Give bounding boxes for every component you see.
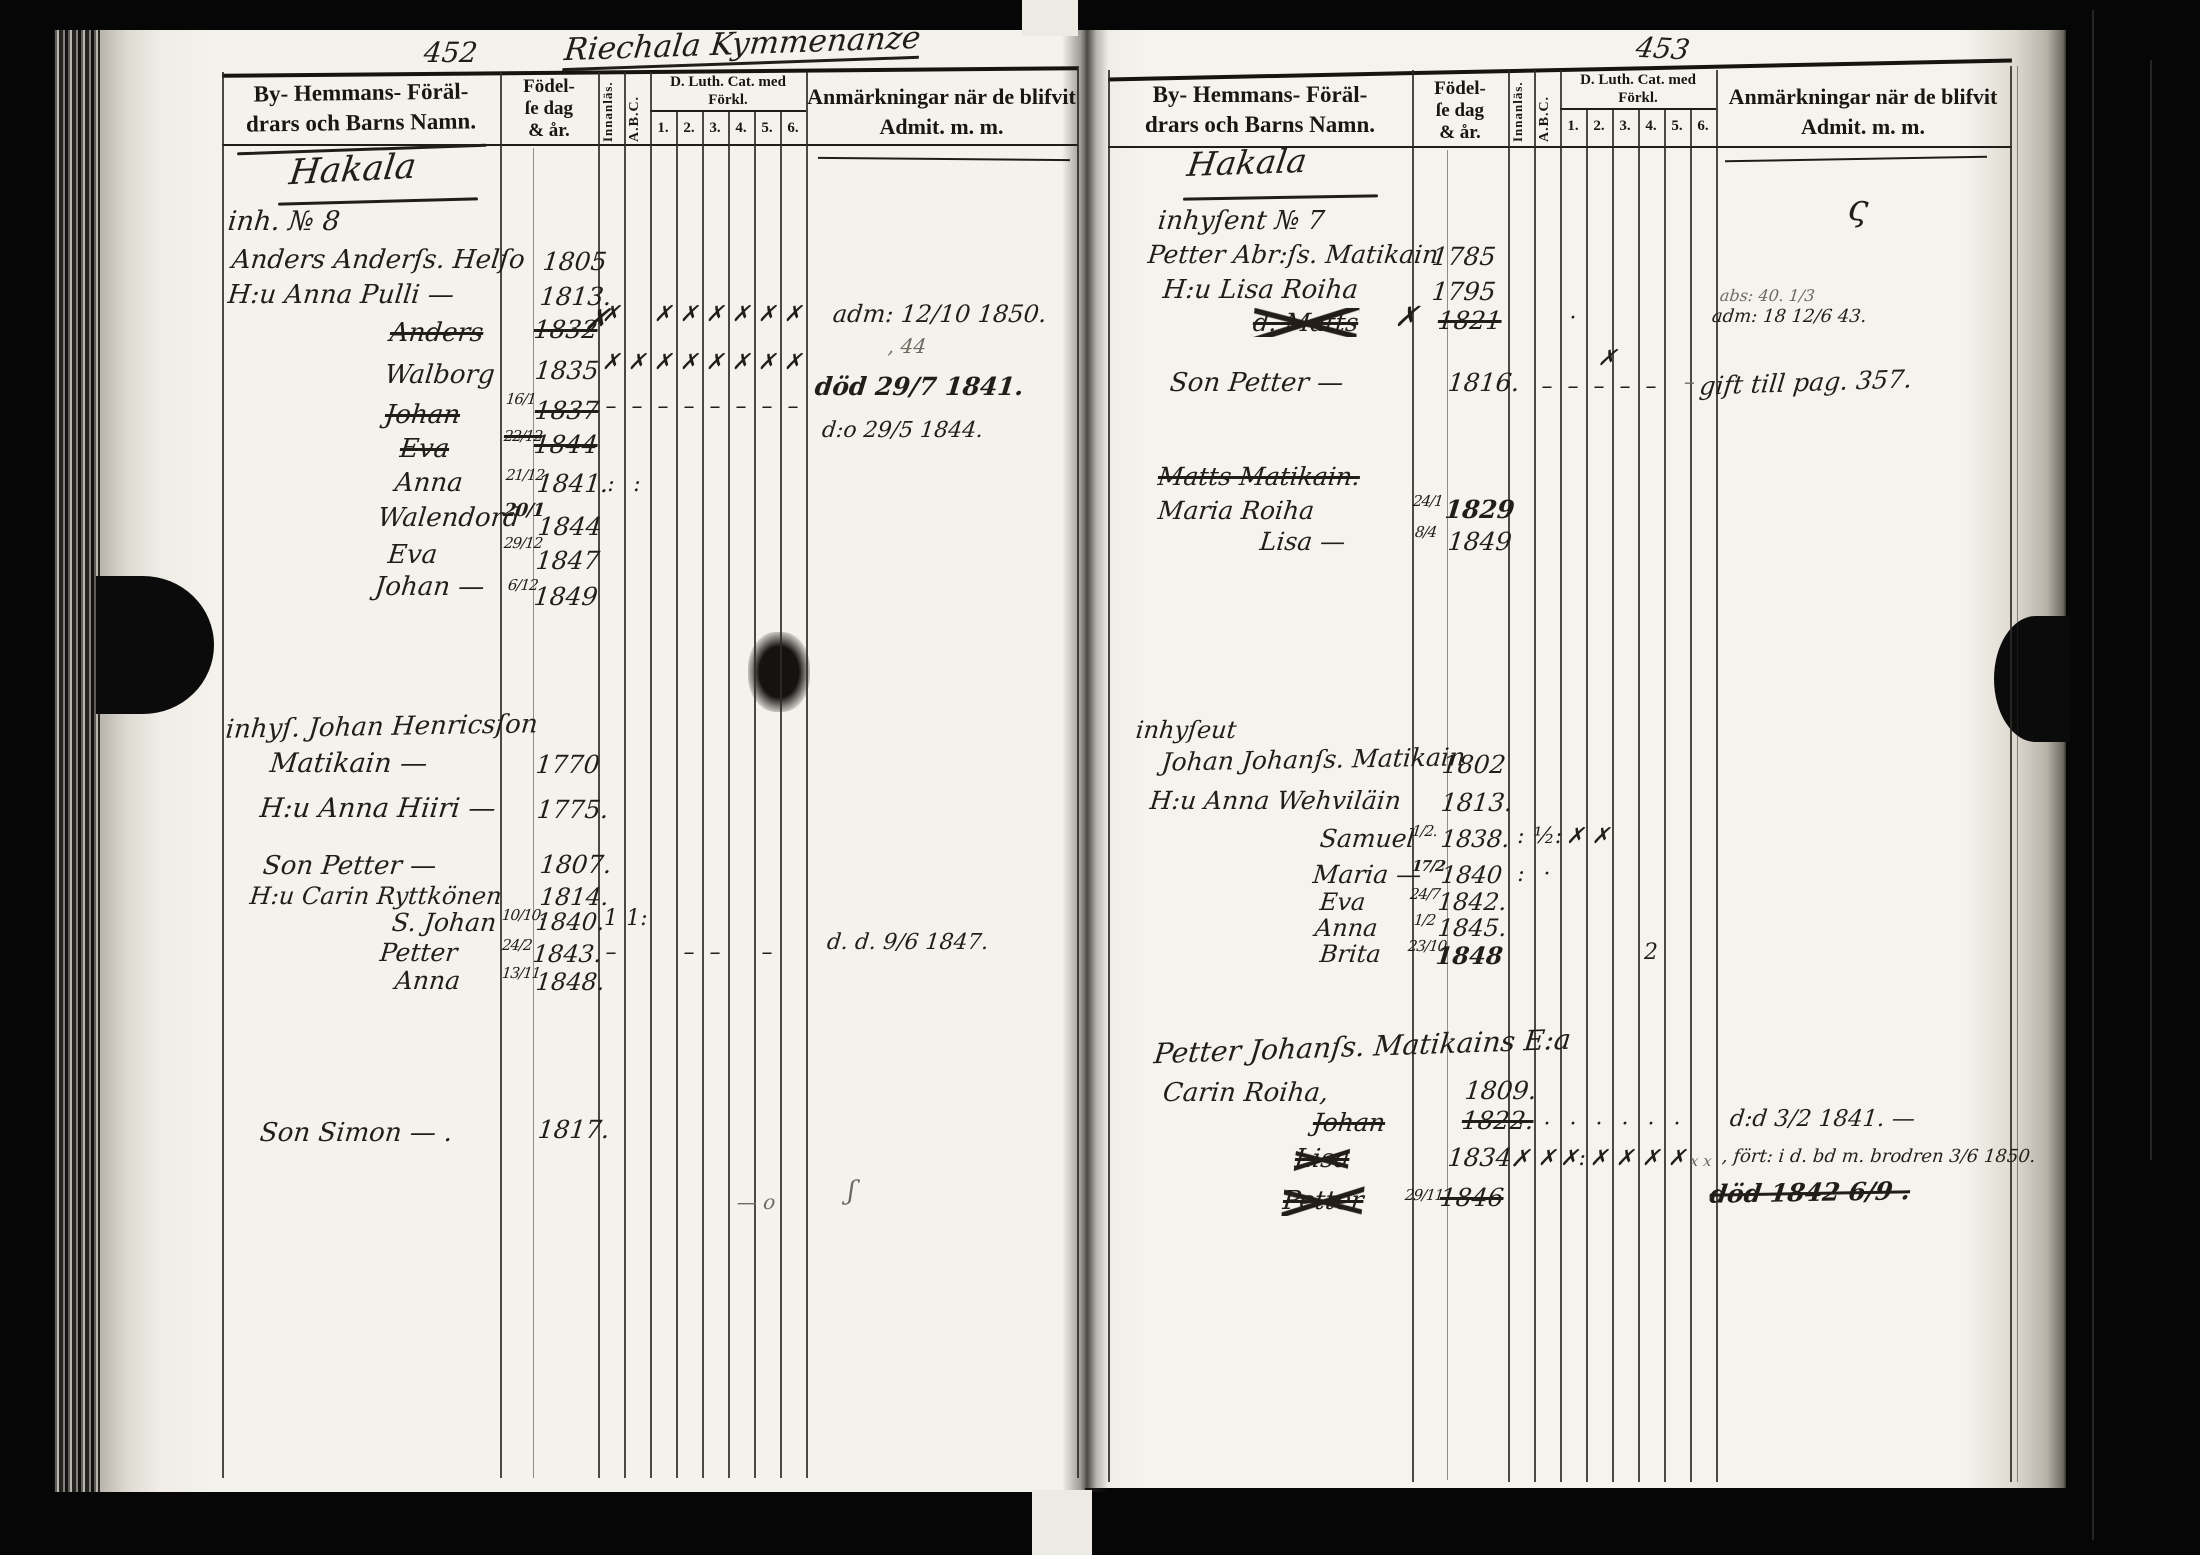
birth-year: 1802 [1440, 750, 1507, 779]
catechism-marks: –––– [598, 938, 806, 968]
person-name: Anders Anderſs. Helſo [230, 245, 526, 275]
birth-date: 1/2. [1411, 822, 1438, 840]
catechism-marks: 2 [1508, 938, 1716, 968]
catechism-marks: 11: [598, 904, 806, 934]
birth-year: 1775. [535, 795, 610, 824]
person-name: d. Matts [1251, 308, 1359, 337]
catechism-header-line1: D. Luth. Cat. med [1560, 72, 1716, 89]
catechism-marks: ✗✗✗✗✗✗✗✗ [598, 348, 806, 378]
bottom-scanner-band [0, 1492, 2200, 1555]
col-line [624, 72, 626, 1478]
gutter-shadow [1062, 26, 1108, 1494]
household-label: inh. № 8 [226, 206, 341, 237]
person-name: Eva [1319, 888, 1367, 916]
birth-year: 1829 [1443, 495, 1516, 524]
remark-note: d. d. 9/6 1847. [826, 930, 990, 955]
person-name: inhyſ. Johan Henricsſon [224, 709, 539, 744]
birth-header-line3: & år. [500, 120, 598, 142]
person-name: Anna [1314, 914, 1380, 942]
remark-note: d:d 3/2 1841. — [1729, 1106, 1917, 1132]
person-name: Anders [388, 318, 484, 348]
catechism-marks: :½:✗✗ [1508, 822, 1716, 852]
col-line [1077, 66, 1079, 1478]
catechism-marks: · [1508, 304, 1716, 334]
person-name: Eva [386, 540, 438, 570]
stray-mark: ς [1846, 188, 1870, 229]
person-name: H:u Lisa Roiha [1161, 275, 1359, 305]
catechism-header-line1: D. Luth. Cat. med [650, 74, 806, 91]
col-line [533, 148, 534, 1478]
birth-date: 24/1 [1412, 492, 1444, 510]
col-line [2010, 66, 2012, 1482]
col-line [1508, 70, 1510, 1482]
birth-year: 1845. [1437, 914, 1509, 942]
person-name: H:u Anna Pulli — [226, 280, 455, 310]
birth-header-line1: Födel- [1412, 78, 1508, 100]
top-scanner-band [0, 0, 2200, 30]
remark-note: död 29/7 1841. [813, 372, 1025, 401]
col-line [2017, 66, 2018, 1482]
scanner-streak [2092, 10, 2094, 1540]
scanner-streak [2150, 60, 2152, 1160]
remark-note: adm: 18 12/6 43. [1711, 306, 1868, 327]
left-scanner-band [0, 0, 54, 1555]
stray-mark: x x [1689, 1152, 1713, 1170]
names-header-line2: drars och Barns Namn. [224, 108, 498, 138]
person-name: Anna [393, 966, 461, 995]
birth-year: 1842. [1437, 888, 1509, 916]
catechism-marks: :· [1508, 860, 1716, 890]
catechism-mark: ✗ [1597, 346, 1618, 371]
person-name: H:u Anna Hiiri — [258, 793, 497, 824]
birth-year: 1838. [1440, 825, 1512, 853]
household-label: inhyſeut [1135, 716, 1238, 744]
innanlas-header: Innanläs. [1510, 76, 1526, 142]
person-name: Lisa — [1258, 527, 1346, 556]
catechism-header-line2: Förkl. [1560, 90, 1716, 107]
person-name: S. Johan [390, 908, 497, 937]
col-line [500, 72, 502, 1478]
left-page-number: 452 [422, 36, 479, 69]
remark-note: ‚ fört: i d. bd m. brodren 3/6 1850. [1721, 1146, 2037, 1167]
birth-header-line3: & år. [1412, 122, 1508, 144]
innanlas-header: Innanläs. [600, 76, 616, 142]
birth-year: 1848 [1434, 941, 1504, 970]
col-line [1108, 70, 1110, 1482]
person-name: Son Simon — . [258, 1118, 454, 1148]
birth-header-line2: ſe dag [500, 98, 598, 120]
birth-year: 1844 [532, 430, 599, 459]
birth-year: 1809. [1463, 1076, 1538, 1105]
catechism-col-numbers: 1.2.3.4.5.6. [1560, 118, 1716, 135]
birth-year: 1849 [1446, 527, 1513, 556]
birth-year: 1844 [536, 512, 603, 541]
person-name: Matts Matikain. [1156, 462, 1361, 491]
col-line [222, 72, 224, 1478]
person-name: Johan [1311, 1108, 1386, 1137]
birth-header-line2: ſe dag [1412, 100, 1508, 122]
village-heading: Hakala [1185, 141, 1310, 184]
person-name: Johan — [373, 572, 485, 602]
person-name: Petter Abr:ſs. Matikain [1146, 240, 1439, 269]
person-name: Lisa [1293, 1144, 1351, 1174]
person-name: H:u Anna Wehviläin [1148, 786, 1402, 815]
birth-year: 1821 [1436, 306, 1503, 335]
person-name: Walendord [376, 503, 521, 533]
birth-date: 24/7 [1409, 885, 1441, 903]
names-header-line1: By- Hemmans- Föräl- [1110, 82, 1410, 108]
names-header-line2: drars och Barns Namn. [1110, 112, 1410, 138]
right-page-number: 453 [1633, 31, 1692, 67]
catechism-marks: –––––––– [598, 392, 806, 422]
remark-note: d:o 29/5 1844. [821, 418, 985, 443]
birth-year: 1813. [1439, 788, 1514, 817]
person-name: Petter [1281, 1186, 1365, 1216]
birth-year: 1849 [532, 582, 599, 611]
person-name: Petter [378, 938, 458, 967]
catechism-mark: ✗ [1393, 300, 1420, 333]
village-heading: Hakala [287, 147, 418, 194]
remarks-header-line1: Anmärkningar när de blifvit [1716, 84, 2010, 110]
remarks-header-line2: Admit. m. m. [1716, 114, 2010, 140]
catechism-marks: :: [598, 470, 806, 500]
birth-year: 1846 [1438, 1183, 1505, 1212]
person-name: H:u Carin Ryttkönen [249, 882, 504, 910]
birth-year: 1807. [538, 850, 613, 879]
remarks-header-line1: Anmärkningar när de blifvit [806, 84, 1077, 110]
birth-year: 1835 [533, 356, 600, 385]
stray-mark: — o [736, 1190, 777, 1214]
birth-header-line1: Födel- [500, 76, 598, 98]
birth-year: 1848. [535, 968, 607, 996]
birth-date: 24/2 [501, 936, 533, 954]
catechism-marks: ✗✗✗✗✗✗✗ [598, 300, 806, 330]
right-scanner-band [2066, 0, 2200, 1555]
person-name: Johan Johanſs. Matikain [1160, 742, 1466, 776]
birth-date: 29/11 [1404, 1186, 1444, 1204]
birth-year: 1837 [533, 396, 600, 425]
person-name: Johan [383, 400, 461, 430]
col-line [1412, 70, 1414, 1482]
col-line [1560, 70, 1562, 1482]
col-line [1534, 70, 1536, 1482]
household-label: inhyſent № 7 [1156, 206, 1326, 236]
abc-header: A.B.C. [1537, 76, 1553, 142]
birth-year: 1840 [1440, 861, 1504, 889]
birth-year: 1843. [532, 940, 604, 968]
person-name: Son Petter — [261, 851, 437, 881]
catechism-header-line2: Förkl. [650, 92, 806, 109]
birth-year: 1795 [1430, 277, 1497, 306]
person-name: Son Petter — [1168, 368, 1344, 398]
birth-date: 1/2 [1413, 911, 1436, 929]
binding-clamp-right [1994, 616, 2070, 742]
birth-year: 1805 [541, 247, 608, 276]
ink-smudge [748, 632, 810, 712]
book-scan: 452 Riechala Kymmenanze 453 By- Hemmans-… [0, 0, 2200, 1555]
spine-bottom-sliver [1032, 1490, 1092, 1555]
catechism-marks: ······· [1508, 1110, 1716, 1140]
birth-year: 1840. [535, 908, 607, 936]
person-name: Eva [398, 434, 450, 464]
catechism-col-numbers: 1.2.3.4.5.6. [650, 120, 806, 137]
birth-year: 1817. [536, 1115, 611, 1144]
birth-date: 8/4 [1414, 523, 1437, 541]
person-name: Walborg [383, 360, 496, 390]
birth-year: 1832 [532, 315, 599, 344]
col-line [650, 72, 652, 1478]
person-name: Samuel [1318, 824, 1416, 853]
birth-date: 13/11 [501, 964, 541, 982]
spine-top-sliver [1022, 0, 1078, 36]
remark-note: död 1842 6/9 . [1708, 1176, 1912, 1208]
col-line [806, 72, 808, 1478]
person-name: Matikain — [268, 748, 429, 779]
person-name: Maria — [1311, 860, 1422, 889]
col-line [1716, 70, 1718, 1482]
person-name: Carin Roiha, [1161, 1078, 1329, 1108]
birth-year: 1770 [534, 750, 601, 779]
person-name: Brita [1319, 940, 1383, 968]
person-name: Maria Roiha [1156, 496, 1315, 525]
catechism-marks: ✗✗✗:✗✗✗✗ [1508, 1144, 1716, 1174]
abc-header: A.B.C. [627, 76, 643, 142]
names-header-line1: By- Hemmans- Föräl- [224, 78, 498, 108]
birth-year: 1785 [1430, 242, 1497, 271]
remark-note: adm: 12/10 1850. [832, 300, 1049, 328]
person-name: Anna [393, 468, 464, 498]
birth-year: 1847 [534, 546, 601, 575]
birth-date: 16/1 [505, 390, 537, 408]
remark-note: abs: 40. 1/3 [1719, 286, 1816, 305]
remarks-header-line2: Admit. m. m. [806, 114, 1077, 140]
remark-note: ‚ 44 [887, 334, 928, 358]
